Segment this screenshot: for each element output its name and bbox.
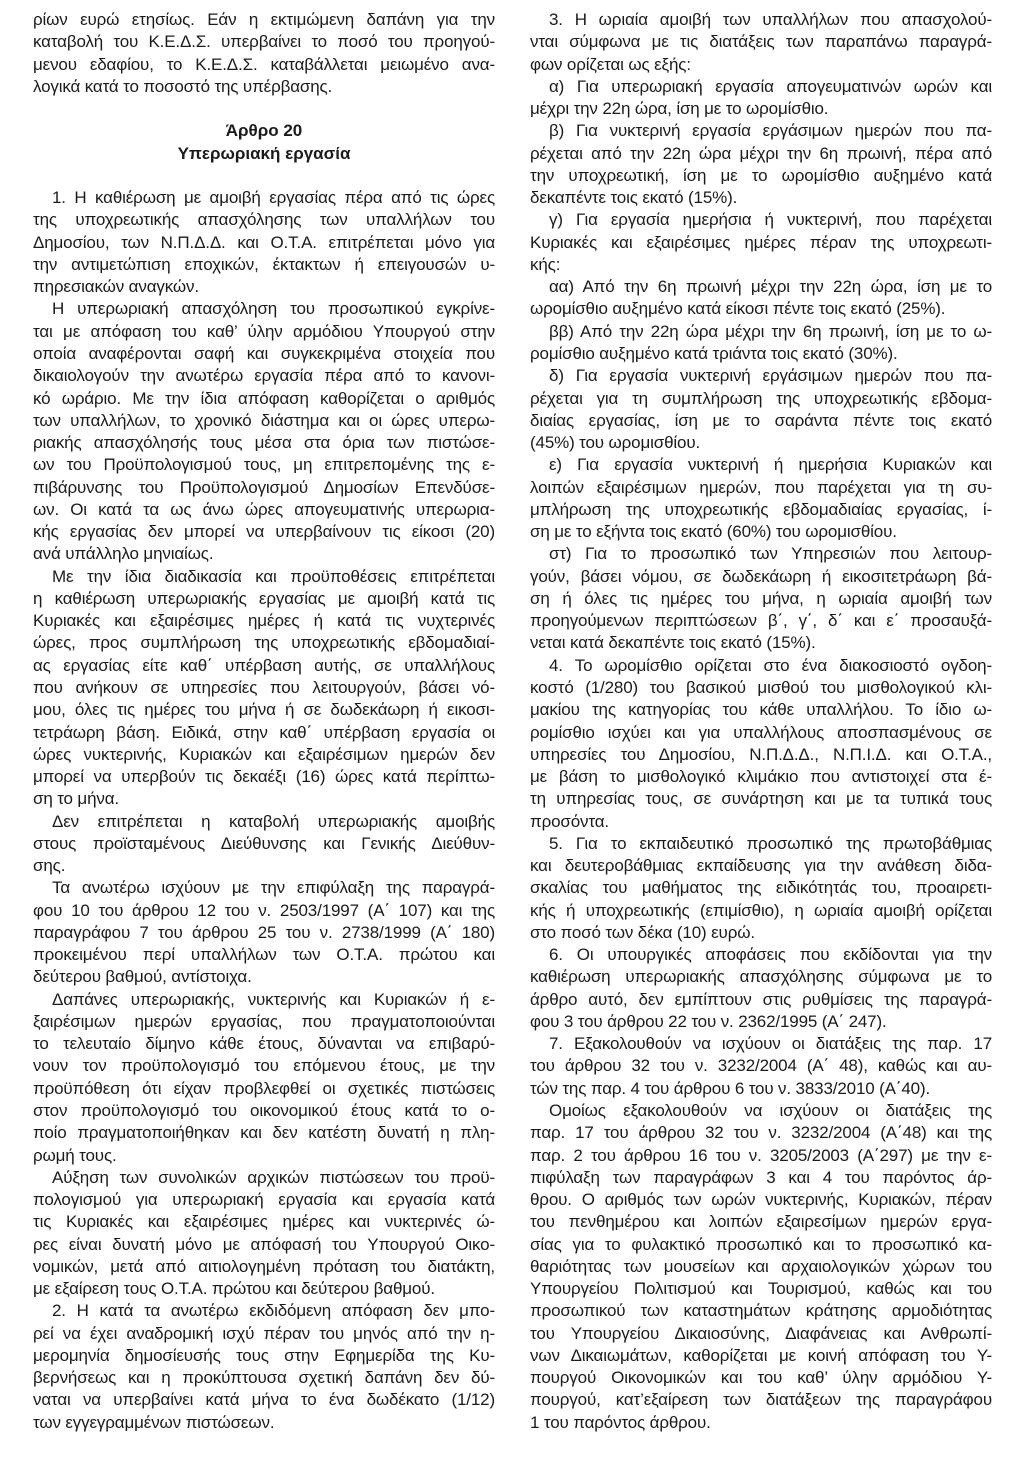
text-line: φου 10 του άρθρου 12 του ν. 2503/1997 (Α… — [33, 900, 495, 922]
text-line: 1. Η καθιέρωση με αμοιβή εργασίας πέρα α… — [33, 187, 495, 209]
text-line: ση με το εξήντα τοις εκατό (60%) του ωρο… — [530, 521, 992, 543]
text-line: νται σύμφωνα με τις διατάξεις των παραπά… — [530, 31, 992, 53]
text-line: που ανήκουν σε υπηρεσίες που λειτουργούν… — [33, 677, 495, 699]
text-line: Δεν επιτρέπεται η καταβολή υπερωριακής α… — [33, 811, 495, 833]
paragraph: δ) Για εργασία νυκτερινή εργάσιμων ημερώ… — [530, 365, 992, 454]
text-line: με εξαίρεση τους Ο.Τ.Α. πρώτου και δεύτε… — [33, 1278, 495, 1300]
text-line: μπορεί να υπερβούν τις δεκαέξι (16) ώρες… — [33, 766, 495, 788]
text-line: μενου εδαφίου, το Κ.Ε.Δ.Σ. καταβάλλεται … — [33, 54, 495, 76]
text-line: ώρες νυκτερινής, Κυριακών και εξαιρέσιμω… — [33, 744, 495, 766]
text-line: το τελευταίο δίμηνο κάθε έτους, δύνανται… — [33, 1033, 495, 1055]
text-line: τις Κυριακές και εξαιρέσιμες ημέρες και … — [33, 1211, 495, 1233]
text-line: κής: — [530, 254, 992, 276]
text-line: πιβάρυνσης του Προϋπολογισμού Δημοσίων Ε… — [33, 477, 495, 499]
text-line: κοστό (1/280) του βασικού μισθού του μισ… — [530, 677, 992, 699]
text-line: υπηρεσίες του Δημοσίου, Ν.Π.Δ.Δ., Ν.Π.Ι.… — [530, 744, 992, 766]
text-line: α) Για υπερωριακή εργασία απογευματινών … — [530, 76, 992, 98]
text-line: πολογισμού για υπερωριακή εργασία και ερ… — [33, 1189, 495, 1211]
text-line: τών της παρ. 4 του άρθρου 6 του ν. 3833/… — [530, 1078, 992, 1100]
text-line: φου 3 του άρθρου 22 του ν. 2362/1995 (Α΄… — [530, 1011, 992, 1033]
text-line: ρεί να έχει αναδρομική ισχύ πέραν του μη… — [33, 1323, 495, 1345]
text-line: θρου. Ο αριθμός των ωρών νυκτερινής, Κυρ… — [530, 1189, 992, 1211]
text-line: μερομηνία δημοσίευσής τους στην Εφημερίδ… — [33, 1345, 495, 1367]
text-line: ριακής απασχόλησής τους μέσα στα όρια τω… — [33, 432, 495, 454]
text-line: νων Δικαιωμάτων, καθορίζεται με κοινή απ… — [530, 1345, 992, 1367]
text-line: των υπαλλήλων, το χρονικό διάστημα και ο… — [33, 410, 495, 432]
text-line: προσωπικού των καταστημάτων κράτησης αρμ… — [530, 1300, 992, 1322]
text-line: Δημοσίου, των Ν.Π.Δ.Δ. και Ο.Τ.Α. επιτρέ… — [33, 232, 495, 254]
text-line: 7. Εξακολουθούν να ισχύουν οι διατάξεις … — [530, 1033, 992, 1055]
paragraph: Ομοίως εξακολουθούν να ισχύουν οι διατάξ… — [530, 1100, 992, 1434]
paragraph: 4. Το ωρομίσθιο ορίζεται στο ένα διακοσι… — [530, 655, 992, 833]
text-line: στον προϋπολογισμό του οικονομικού έτους… — [33, 1100, 495, 1122]
text-line: 1 του παρόντος άρθρου. — [530, 1412, 992, 1434]
text-line: ρες είναι δυνατή μόνο με απόφασή του Υπο… — [33, 1234, 495, 1256]
text-line: 3. Η ωριαία αμοιβή των υπαλλήλων που απα… — [530, 9, 992, 31]
text-line: Τα ανωτέρω ισχύουν με την επιφύλαξη της … — [33, 877, 495, 899]
text-line: μου, όλες τις ημέρες του μήνα ή σε δωδεκ… — [33, 699, 495, 721]
heading-line: Άρθρο 20 — [33, 120, 495, 142]
text-line: προηγούμενων περιπτώσεων β΄, γ΄, δ΄ και … — [530, 610, 992, 632]
text-line: την υποχρεωτική, ίση με το ωρομίσθιο αυξ… — [530, 165, 992, 187]
text-line: γούν, βάσει νόμου, σε δωδεκάωρη ή εικοσι… — [530, 566, 992, 588]
text-line: νεται κατά δεκαπέντε τοις εκατό (15%). — [530, 632, 992, 654]
text-line: την αντιμετώπιση εποχικών, έκτακτων ή επ… — [33, 254, 495, 276]
paragraph: ββ) Από την 22η ώρα μέχρι την 6η πρωινή,… — [530, 321, 992, 366]
paragraph: ρίων ευρώ ετησίως. Εάν η εκτιμώμενη δαπά… — [33, 9, 495, 98]
text-line: προκειμένου περί υπαλλήλων των Ο.Τ.Α. πρ… — [33, 944, 495, 966]
heading-line: Υπερωριακή εργασία — [33, 143, 495, 165]
text-line: Η υπερωριακή απασχόληση του προσωπικού ε… — [33, 298, 495, 320]
text-line: δικαιολογούν την ανωτέρω εργασία πέρα απ… — [33, 365, 495, 387]
text-line: ναται να υπερβαίνει κατά μήνα το ένα δωδ… — [33, 1389, 495, 1411]
text-line: 6. Οι υπουργικές αποφάσεις που εκδίδοντα… — [530, 944, 992, 966]
text-line: η καθιέρωση υπερωριακής εργασίας με αμοι… — [33, 588, 495, 610]
text-line: ββ) Από την 22η ώρα μέχρι την 6η πρωινή,… — [530, 321, 992, 343]
text-line: του πενθημέρου και λοιπών εξαιρεσίμων ημ… — [530, 1211, 992, 1233]
text-line: πουργού Οικονομικών και του καθ’ ύλην αρ… — [530, 1367, 992, 1389]
text-line: ται με απόφαση του καθ’ ύλην αρμόδιου Υπ… — [33, 321, 495, 343]
text-line: β) Για νυκτερινή εργασία εργάσιμων ημερώ… — [530, 120, 992, 142]
text-line: στ) Για το προσωπικό των Υπηρεσιών που λ… — [530, 543, 992, 565]
text-line: κό ωράριο. Με την ίδια απόφαση καθορίζετ… — [33, 388, 495, 410]
text-line: βερνήσεως και η προκύπτουσα σχετική δαπά… — [33, 1367, 495, 1389]
text-line: παρ. 2 του άρθρου 16 του ν. 3205/2003 (Α… — [530, 1145, 992, 1167]
text-line: ωρομίσθιο αυξημένο κατά είκοσι πέντε τοι… — [530, 298, 992, 320]
paragraph: Δεν επιτρέπεται η καταβολή υπερωριακής α… — [33, 811, 495, 878]
paragraph: 3. Η ωριαία αμοιβή των υπαλλήλων που απα… — [530, 9, 992, 76]
text-line: κής εργασίας δεν μπορεί να υπερβαίνουν τ… — [33, 521, 495, 543]
text-line: στο ποσό των δέκα (10) ευρώ. — [530, 922, 992, 944]
text-line: με βάση το μισθολογικό κλιμάκιο που αντι… — [530, 766, 992, 788]
text-line: μπλήρωση της υποχρεωτικής εβδομαδιαίας ε… — [530, 499, 992, 521]
paragraph: στ) Για το προσωπικό των Υπηρεσιών που λ… — [530, 543, 992, 654]
text-line: καθιέρωση υπερωριακής απασχόλησης σύμφων… — [530, 966, 992, 988]
text-line: ξαιρέσιμων ημερών εργασίας, που πραγματο… — [33, 1011, 495, 1033]
paragraph: 1. Η καθιέρωση με αμοιβή εργασίας πέρα α… — [33, 187, 495, 298]
text-line: Κυριακές και εξαιρέσιμες ημέρες ή κατά τ… — [33, 610, 495, 632]
text-line: καταβολή του Κ.Ε.Δ.Σ. υπερβαίνει το ποσό… — [33, 31, 495, 53]
text-line: τη υπηρεσίας τους, σε συνάρτηση και με τ… — [530, 788, 992, 810]
paragraph: Με την ίδια διαδικασία και προϋποθέσεις … — [33, 566, 495, 811]
text-line: του άρθρου 32 του ν. 3232/2004 (Α΄ 48), … — [530, 1055, 992, 1077]
paragraph: 7. Εξακολουθούν να ισχύουν οι διατάξεις … — [530, 1033, 992, 1100]
text-line: άρθρο αυτό, δεν εμπίπτουν στις ρυθμίσεις… — [530, 989, 992, 1011]
text-line: δ) Για εργασία νυκτερινή εργάσιμων ημερώ… — [530, 365, 992, 387]
text-line: προϋπόθεση ότι είχαν προβλεφθεί οι σχετι… — [33, 1078, 495, 1100]
text-line: ώρες, προς συμπλήρωση της υποχρεωτικής ε… — [33, 632, 495, 654]
text-line: του Υπουργείου Δικαιοσύνης, Διαφάνειας κ… — [530, 1323, 992, 1345]
text-line: ρέχεται για τη συμπλήρωση της υποχρεωτικ… — [530, 388, 992, 410]
text-line: (45%) του ωρομισθίου. — [530, 432, 992, 454]
text-line: προσόντα. — [530, 811, 992, 833]
text-line: Με την ίδια διαδικασία και προϋποθέσεις … — [33, 566, 495, 588]
text-line: ρέχεται από την 22η ώρα μέχρι την 6η πρω… — [530, 143, 992, 165]
text-line: φων ορίζεται ως εξής: — [530, 54, 992, 76]
text-line: δεκαπέντε τοις εκατό (15%). — [530, 187, 992, 209]
paragraph: Δαπάνες υπερωριακής, νυκτερινής και Κυρι… — [33, 989, 495, 1167]
text-line: σκαλίας του μαθήματος της ειδικότητάς το… — [530, 877, 992, 899]
text-line: στους προϊσταμένους Διεύθυνσης και Γενικ… — [33, 833, 495, 855]
text-line: της υποχρεωτικής απασχόλησης των υπαλλήλ… — [33, 209, 495, 231]
text-line: λογικά κατά το ποσοστό της υπέρβασης. — [33, 76, 495, 98]
text-line: ση ή όλες τις ημέρες του μήνα, η ωριαία … — [530, 588, 992, 610]
text-line: διαίας εργασίας, ίση με το σαράντα πέντε… — [530, 410, 992, 432]
text-line: οποία αναφέρονται σαφή και συγκεκριμένα … — [33, 343, 495, 365]
text-line: νουν τον προϋπολογισμό του επόμενου έτου… — [33, 1055, 495, 1077]
text-line: Δαπάνες υπερωριακής, νυκτερινής και Κυρι… — [33, 989, 495, 1011]
column-left: ρίων ευρώ ετησίως. Εάν η εκτιμώμενη δαπά… — [33, 9, 495, 1434]
paragraph: ε) Για εργασία νυκτερινή ή ημερήσια Κυρι… — [530, 454, 992, 543]
text-line: δεύτερου βαθμού, αντίστοιχα. — [33, 966, 495, 988]
paragraph: αα) Από την 6η πρωινή μέχρι την 22η ώρα,… — [530, 276, 992, 321]
text-line: νομικών, μετά από αιτιολογημένη πρόταση … — [33, 1256, 495, 1278]
text-line: και δευτεροβάθμιας εκπαίδευσης για την α… — [530, 855, 992, 877]
text-line: Ομοίως εξακολουθούν να ισχύουν οι διατάξ… — [530, 1100, 992, 1122]
article-heading: Άρθρο 20Υπερωριακή εργασία — [33, 120, 495, 165]
paragraph: α) Για υπερωριακή εργασία απογευματινών … — [530, 76, 992, 121]
text-line: ανά υπάλληλο μηνιαίως. — [33, 543, 495, 565]
text-line: λοιπών εξαιρέσιμων ημερών, που παρέχεται… — [530, 477, 992, 499]
text-line: ρωμή τους. — [33, 1145, 495, 1167]
text-line: μέχρι την 22η ώρα, ίση με το ωρομίσθιο. — [530, 98, 992, 120]
text-line: ποίο πραγματοποιήθηκαν και δεν κατέστη δ… — [33, 1122, 495, 1144]
text-line: 5. Για το εκπαιδευτικό προσωπικό της πρω… — [530, 833, 992, 855]
text-line: πηρεσιακών αναγκών. — [33, 276, 495, 298]
text-line: 4. Το ωρομίσθιο ορίζεται στο ένα διακοσι… — [530, 655, 992, 677]
text-line: αα) Από την 6η πρωινή μέχρι την 22η ώρα,… — [530, 276, 992, 298]
text-line: τετράωρη βάση. Ειδικά, στην καθ΄ υπέρβασ… — [33, 722, 495, 744]
text-line: σης. — [33, 855, 495, 877]
column-right: 3. Η ωριαία αμοιβή των υπαλλήλων που απα… — [530, 9, 992, 1434]
text-line: Υπουργείου Πολιτισμού και Τουρισμού, καθ… — [530, 1278, 992, 1300]
text-line: κής ή υποχρεωτικής (επιμίσθιο), η ωριαία… — [530, 900, 992, 922]
paragraph: 5. Για το εκπαιδευτικό προσωπικό της πρω… — [530, 833, 992, 944]
text-line: πιφύλαξη των παραγράφων 3 και 4 του παρό… — [530, 1167, 992, 1189]
text-line: παραγράφου 7 του άρθρου 25 του ν. 2738/1… — [33, 922, 495, 944]
paragraph: Η υπερωριακή απασχόληση του προσωπικού ε… — [33, 298, 495, 565]
text-line: πουργού, κατ’εξαίρεση των διατάξεων της … — [530, 1389, 992, 1411]
paragraph: β) Για νυκτερινή εργασία εργάσιμων ημερώ… — [530, 120, 992, 209]
text-line: σίας για το φυλακτικό προσωπικό και το π… — [530, 1234, 992, 1256]
text-line: ε) Για εργασία νυκτερινή ή ημερήσια Κυρι… — [530, 454, 992, 476]
text-line: ας εργασίας είτε καθ΄ υπέρβαση αυτής, σε… — [33, 655, 495, 677]
text-line: ων του Προϋπολογισμού τους, μη επιτρεπομ… — [33, 454, 495, 476]
text-line: γ) Για εργασία ημερήσια ή νυκτερινή, που… — [530, 209, 992, 231]
paragraph: 2. Η κατά τα ανωτέρω εκδιδόμενη απόφαση … — [33, 1300, 495, 1434]
text-line: Αύξηση των συνολικών αρχικών πιστώσεων τ… — [33, 1167, 495, 1189]
text-line: μακίου της κατηγορίας του κάθε υπαλλήλου… — [530, 699, 992, 721]
text-line: 2. Η κατά τα ανωτέρω εκδιδόμενη απόφαση … — [33, 1300, 495, 1322]
two-column-layout: ρίων ευρώ ετησίως. Εάν η εκτιμώμενη δαπά… — [33, 9, 992, 1434]
text-line: ρομίσθιο αυξημένο κατά τριάντα τοις εκατ… — [530, 343, 992, 365]
document-page: ρίων ευρώ ετησίως. Εάν η εκτιμώμενη δαπά… — [0, 0, 1024, 1464]
paragraph: 6. Οι υπουργικές αποφάσεις που εκδίδοντα… — [530, 944, 992, 1033]
paragraph: γ) Για εργασία ημερήσια ή νυκτερινή, που… — [530, 209, 992, 276]
text-line: ρίων ευρώ ετησίως. Εάν η εκτιμώμενη δαπά… — [33, 9, 495, 31]
text-line: Κυριακές και εξαιρέσιμες ημέρες πέραν τη… — [530, 232, 992, 254]
text-line: ση το μήνα. — [33, 788, 495, 810]
text-line: ων. Οι κατά τα ως άνω ώρες απογευματινής… — [33, 499, 495, 521]
text-line: ρομίσθιο ισχύει και για υπαλλήλους αποσπ… — [530, 722, 992, 744]
text-line: παρ. 17 του άρθρου 32 του ν. 3232/2004 (… — [530, 1122, 992, 1144]
paragraph: Τα ανωτέρω ισχύουν με την επιφύλαξη της … — [33, 877, 495, 988]
paragraph: Αύξηση των συνολικών αρχικών πιστώσεων τ… — [33, 1167, 495, 1301]
text-line: των εγγεγραμμένων πιστώσεων. — [33, 1412, 495, 1434]
text-line: θαριότητας των μουσείων και αρχαιολογικώ… — [530, 1256, 992, 1278]
